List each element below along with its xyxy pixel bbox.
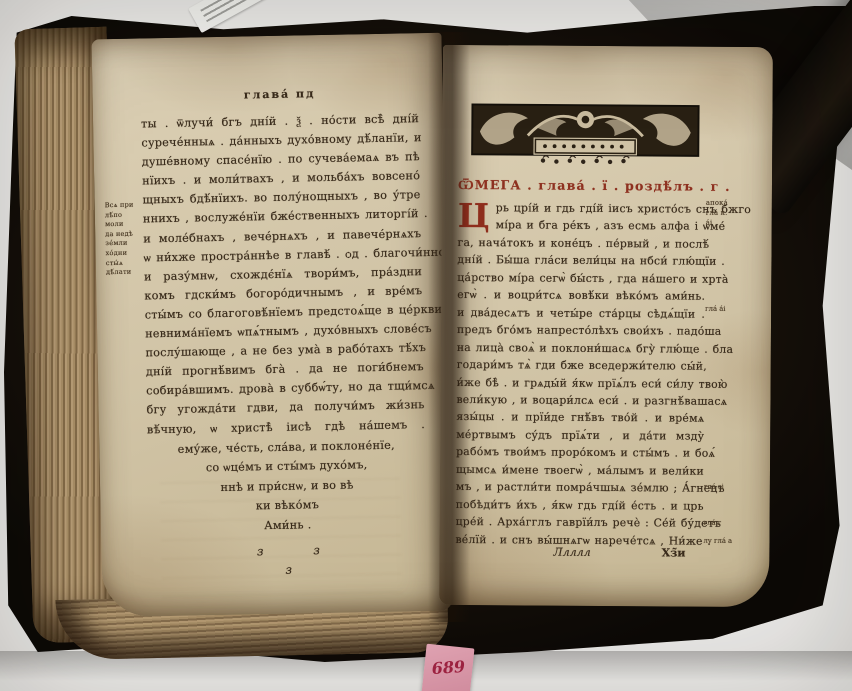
text-line: рь црі́й и гдь гді́й іисъ христо́съ снъ …: [496, 199, 706, 218]
margin-reference-chapter-17: гла́ зі: [704, 483, 754, 493]
chapter-header: глава́ пд: [140, 85, 418, 103]
text-line: рабо́мъ твои́мъ проро́комъ и сты́мъ . и …: [456, 443, 704, 462]
text-line: мъ , и растли́ти помра́чшыѧ зе́млю ; А́г…: [456, 478, 704, 497]
margin-reference-chapter-3: гла́ г: [704, 519, 754, 529]
left-page: глава́ пд Всѧ прилѣ́помолида недѣзе́млих…: [91, 33, 452, 618]
text-lines: рь црі́й и гдь гді́й іисъ христо́съ снъ …: [455, 199, 705, 550]
inventory-tag: 689: [422, 644, 475, 691]
margin-note-line: гла́ к.: [706, 208, 756, 218]
text-line: побѣди́тъ и́хъ , я́кѡ гдь гді́й е́сть . …: [456, 496, 704, 515]
text-line: га, нача́токъ и коне́цъ . пе́рвый , и по…: [458, 234, 706, 253]
text-line: щымсѧ и́мене твоегѡ̀ , ма́лымъ и вели́ки: [456, 461, 704, 480]
left-page-text: ты . ѿлучи́ бгъ дні́й . ѯ . но́сти всѣ̀ …: [141, 109, 425, 439]
gutter-shadow: [428, 32, 470, 622]
text-line: ме́ртвымъ су́дъ прїѧ́ти , и да́ти мзду̀: [456, 426, 704, 445]
margin-note-line: а́і: [706, 218, 756, 228]
text-line: мі́ра и бга ре́къ , азъ есмь алфа і ѡме́: [496, 217, 706, 236]
show-through: [160, 464, 402, 599]
text-line: годари́мъ тѧ̀ гди бже вседержи́телю сы́й…: [457, 356, 705, 375]
headpiece-ornament: [470, 103, 700, 171]
text-line: цре́й . Арха́гглъ гаврїи́лъ речѐ : Се́й …: [456, 513, 704, 532]
photo-open-antique-book: глава́ пд Всѧ прилѣ́помолида недѣзе́млих…: [0, 0, 852, 691]
text-line: вели́кую , и воцари́лсѧ еси́ . и разгнѣ́…: [456, 391, 704, 410]
catchword: Хз̃и: [662, 546, 686, 559]
text-line: на лица̀ своѧ̀ и поклони́шасѧ бгу̀ глю́щ…: [457, 339, 705, 358]
text-line: ца́рство мі́ра сегѡ̀ бы́сть , гда на́шег…: [457, 269, 705, 288]
text-line: егѡ̀ . и воцри́тсѧ вовѣ́ки вѣко́мъ ами́н…: [457, 286, 705, 305]
text-line: дні́й . Бы́ша гла́си вели́цы на нбси́ гл…: [457, 251, 705, 270]
margin-reference-apocalypse: апока́гла́ к.а́і: [706, 199, 756, 229]
page-foot: Ллллл Хз̃и: [455, 545, 703, 567]
quire-signature: Ллллл: [553, 546, 590, 559]
margin-note-line: апока́: [706, 199, 756, 209]
margin-reference-luke: лу гла́ а: [703, 537, 753, 547]
right-page-text: Ц рь црі́й и гдь гді́й іисъ христо́съ сн…: [455, 199, 705, 550]
text-line: язы́цы . и прїи́де гнѣ́въ тво́й . и вре́…: [456, 408, 704, 427]
margin-note-line: дѣ́лати: [106, 268, 146, 278]
left-margin-notes: Всѧ прилѣ́помолида недѣзе́млихо́днисты́ѧ…: [105, 200, 146, 278]
section-title: ѾМЕГА . глава́ . ї . роздѣ́лъ . г .: [458, 177, 710, 195]
text-line: и́же бѣ̀ . и грѧды́й я́кѡ прїѧ́лъ еси́ с…: [457, 373, 705, 392]
margin-reference-chapter-11: гла́ а́і: [705, 305, 755, 315]
text-line: и два́десѧтъ и четы́ре ста́рцы сѣдѧ́щїи …: [457, 304, 705, 323]
text-line: предъ бго́мъ напресто́лѣхъ свои́хъ . пад…: [457, 321, 705, 340]
right-page: ѾМЕГА . глава́ . ї . роздѣ́лъ . г . Ц рь…: [439, 45, 773, 607]
inventory-number: 689: [428, 657, 469, 679]
